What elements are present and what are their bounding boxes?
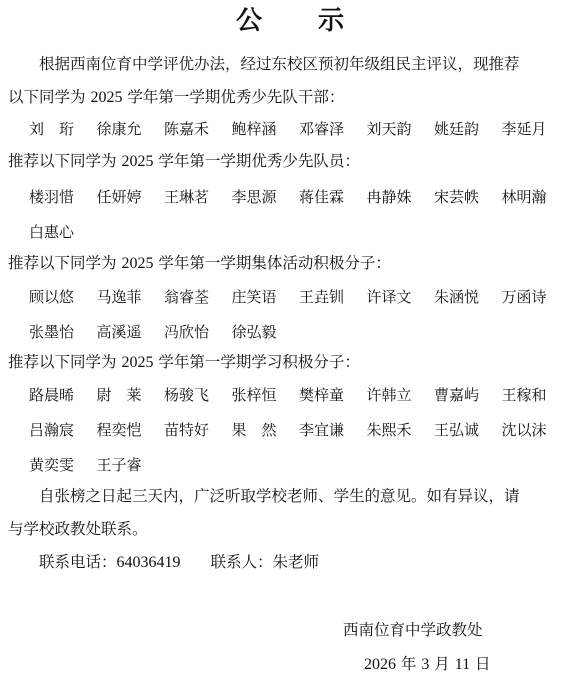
student-name: 徐弘毅: [232, 315, 300, 350]
student-name: 白惠心: [29, 215, 97, 250]
student-name: 李思源: [232, 180, 300, 215]
title-char-2: 示: [318, 4, 344, 38]
names-list-outstanding-cadres: 刘 珩 徐康允 陈嘉禾 鲍梓涵 邓睿泽 刘天韵 姚廷韵 李延月: [29, 112, 569, 147]
intro-line-1: 根据西南位育中学评优办法，经过东校区预初年级组民主评议，现推荐: [8, 48, 580, 81]
student-name: 翁睿荃: [164, 280, 232, 315]
student-name: 李宜谦: [299, 413, 367, 448]
student-name: 沈以沫: [502, 413, 570, 448]
student-name: 徐康允: [97, 112, 165, 147]
student-name: 高溪遥: [97, 315, 165, 350]
student-name: 马逸菲: [97, 280, 165, 315]
names-list-outstanding-members: 楼羽惜 任妍婷 王琳茗 李思源 蒋佳霖 冉静姝 宋芸帙 林明瀚 白惠心: [29, 180, 569, 250]
notice-document: 公示 根据西南位育中学评优办法，经过东校区预初年级组民主评议，现推荐 以下同学为…: [0, 0, 580, 695]
intro-line-2: 以下同学为 2025 学年第一学期优秀少先队干部：: [8, 81, 574, 114]
closing-line-1: 自张榜之日起三天内，广泛听取学校老师、学生的意见。如有异议，请: [8, 480, 580, 513]
student-name: 果 然: [232, 413, 300, 448]
student-name: 刘天韵: [367, 112, 435, 147]
section-heading-outstanding-members: 推荐以下同学为 2025 学年第一学期优秀少先队员：: [8, 145, 574, 178]
signature-date: 2026 年 3 月 11 日: [364, 652, 491, 674]
student-name: 庄笑语: [232, 280, 300, 315]
student-name: 张梓恒: [232, 378, 300, 413]
student-name: 吕瀚宸: [29, 413, 97, 448]
signature-org: 西南位育中学政教处: [343, 618, 483, 640]
student-name: 邓睿泽: [299, 112, 367, 147]
student-name: 姚廷韵: [434, 112, 502, 147]
year-value: 2025: [90, 89, 122, 106]
student-name: 王垚钏: [299, 280, 367, 315]
student-name: 樊梓童: [299, 378, 367, 413]
phone-number: 64036419: [117, 554, 181, 571]
student-name: 冯欣怡: [164, 315, 232, 350]
student-name: 路晨晞: [29, 378, 97, 413]
closing-line-2: 与学校政教处联系。: [8, 513, 574, 546]
student-name: 冉静姝: [367, 180, 435, 215]
student-name: 李延月: [502, 112, 570, 147]
student-name: 王弘诚: [434, 413, 502, 448]
student-name: 王子睿: [97, 448, 165, 483]
student-name: 蒋佳霖: [299, 180, 367, 215]
student-name: 任妍婷: [97, 180, 165, 215]
contact-person: 朱老师: [273, 553, 320, 571]
names-list-activity-activists: 顾以悠 马逸菲 翁睿荃 庄笑语 王垚钏 许译文 朱涵悦 万函诗 张墨怡 高溪遥 …: [29, 280, 569, 350]
student-name: 楼羽惜: [29, 180, 97, 215]
student-name: 苗特好: [164, 413, 232, 448]
student-name: 许译文: [367, 280, 435, 315]
names-list-study-activists: 路晨晞 尉 莱 杨骏飞 张梓恒 樊梓童 许韩立 曹嘉屿 王稼和 吕瀚宸 程奕恺 …: [29, 378, 569, 483]
section-heading-activity-activists: 推荐以下同学为 2025 学年第一学期集体活动积极分子：: [8, 247, 574, 280]
student-name: 王稼和: [502, 378, 570, 413]
student-name: 杨骏飞: [164, 378, 232, 413]
student-name: 程奕恺: [97, 413, 165, 448]
student-name: 张墨怡: [29, 315, 97, 350]
student-name: 尉 莱: [97, 378, 165, 413]
student-name: 顾以悠: [29, 280, 97, 315]
student-name: 王琳茗: [164, 180, 232, 215]
contact-line: 联系电话：64036419联系人：朱老师: [8, 546, 580, 579]
student-name: 曹嘉屿: [434, 378, 502, 413]
student-name: 宋芸帙: [434, 180, 502, 215]
student-name: 朱熙禾: [367, 413, 435, 448]
student-name: 林明瀚: [502, 180, 570, 215]
page-title: 公示: [0, 4, 580, 38]
student-name: 陈嘉禾: [164, 112, 232, 147]
student-name: 许韩立: [367, 378, 435, 413]
title-char-1: 公: [236, 4, 262, 38]
student-name: 鲍梓涵: [232, 112, 300, 147]
student-name: 万函诗: [502, 280, 570, 315]
student-name: 朱涵悦: [434, 280, 502, 315]
section-heading-study-activists: 推荐以下同学为 2025 学年第一学期学习积极分子：: [8, 346, 574, 379]
student-name: 黄奕雯: [29, 448, 97, 483]
student-name: 刘 珩: [29, 112, 97, 147]
